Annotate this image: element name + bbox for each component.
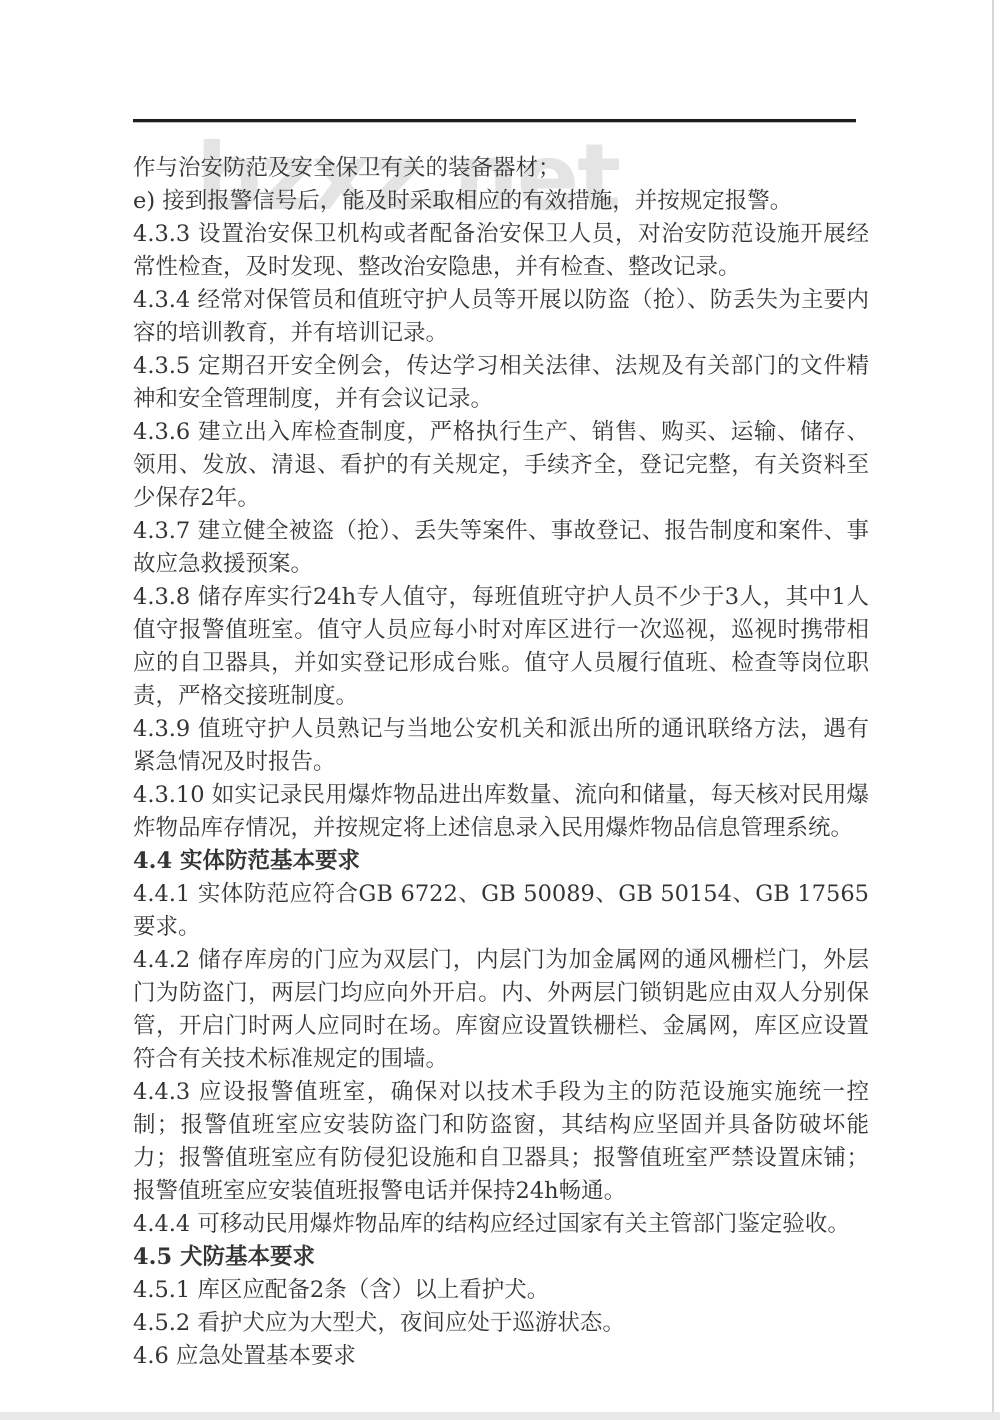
clause-item-e: e) 接到报警信号后，能及时采取相应的有效措施，并按规定报警。 xyxy=(133,185,869,218)
section-heading-4-6: 4.6 应急处置基本要求 xyxy=(133,1340,869,1373)
clause-4-4-4: 4.4.4 可移动民用爆炸物品库的结构应经过国家有关主管部门鉴定验收。 xyxy=(133,1208,869,1241)
header-rule xyxy=(133,119,856,123)
clause-4-4-2: 4.4.2 储存库房的门应为双层门，内层门为加金属网的通风栅栏门，外层门为防盗门… xyxy=(133,944,869,1076)
clause-4-4-1: 4.4.1 实体防范应符合GB 6722、GB 50089、GB 50154、G… xyxy=(133,878,869,944)
clause-4-4-3: 4.4.3 应设报警值班室，确保对以技术手段为主的防范设施实施统一控制；报警值班… xyxy=(133,1076,869,1208)
clause-4-5-2: 4.5.2 看护犬应为大型犬，夜间应处于巡游状态。 xyxy=(133,1307,869,1340)
clause-4-5-1: 4.5.1 库区应配备2条（含）以上看护犬。 xyxy=(133,1274,869,1307)
clause-4-3-4: 4.3.4 经常对保管员和值班守护人员等开展以防盗（抢）、防丢失为主要内容的培训… xyxy=(133,284,869,350)
document-page: bzxz.net 作与治安防范及安全保卫有关的装备器材； e) 接到报警信号后，… xyxy=(0,0,1000,1420)
clause-4-3-5: 4.3.5 定期召开安全例会，传达学习相关法律、法规及有关部门的文件精神和安全管… xyxy=(133,350,869,416)
page-edge-bottom xyxy=(0,1412,1000,1420)
page-edge-right xyxy=(992,0,994,1412)
section-heading-4-4: 4.4 实体防范基本要求 xyxy=(133,845,869,878)
document-body: 作与治安防范及安全保卫有关的装备器材； e) 接到报警信号后，能及时采取相应的有… xyxy=(133,152,869,1373)
clause-4-3-6: 4.3.6 建立出入库检查制度，严格执行生产、销售、购买、运输、储存、领用、发放… xyxy=(133,416,869,515)
clause-4-3-8: 4.3.8 储存库实行24h专人值守，每班值班守护人员不少于3人，其中1人值守报… xyxy=(133,581,869,713)
clause-4-3-9: 4.3.9 值班守护人员熟记与当地公安机关和派出所的通讯联络方法，遇有紧急情况及… xyxy=(133,713,869,779)
section-heading-4-5: 4.5 犬防基本要求 xyxy=(133,1241,869,1274)
clause-4-3-7: 4.3.7 建立健全被盗（抢）、丢失等案件、事故登记、报告制度和案件、事故应急救… xyxy=(133,515,869,581)
clause-d-continuation: 作与治安防范及安全保卫有关的装备器材； xyxy=(133,152,869,185)
clause-4-3-3: 4.3.3 设置治安保卫机构或者配备治安保卫人员，对治安防范设施开展经常性检查，… xyxy=(133,218,869,284)
clause-4-3-10: 4.3.10 如实记录民用爆炸物品进出库数量、流向和储量，每天核对民用爆炸物品库… xyxy=(133,779,869,845)
